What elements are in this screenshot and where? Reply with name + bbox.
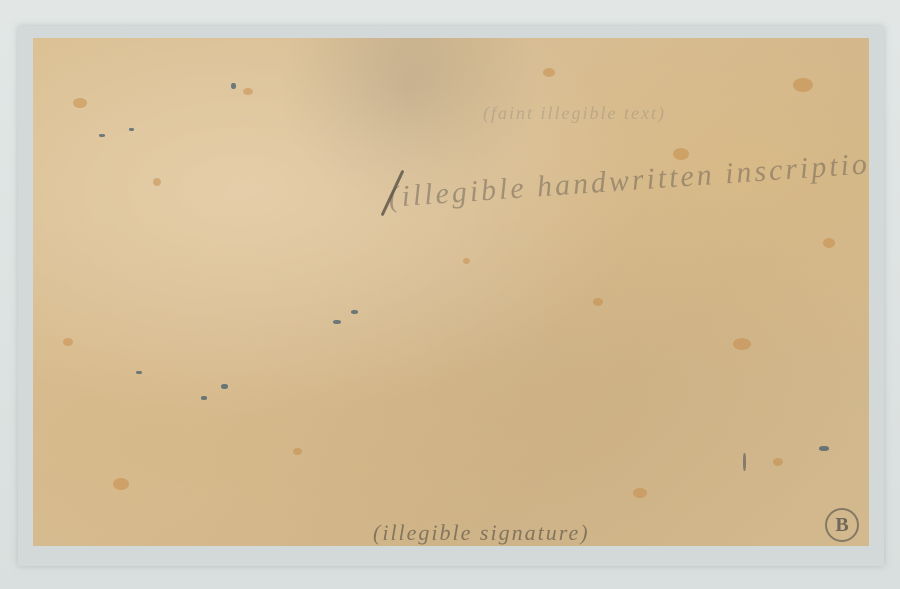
- foxing-spot: [293, 448, 302, 455]
- foxing-spot: [153, 178, 161, 186]
- foxing-spot: [733, 338, 751, 350]
- foxing-spot: [593, 298, 603, 306]
- blue-speck: [221, 384, 228, 389]
- foxing-spot: [773, 458, 783, 466]
- foxing-spot: [793, 78, 813, 92]
- foxing-spot: [243, 88, 253, 95]
- blue-speck: [136, 371, 142, 374]
- foxing-spot: [633, 488, 647, 498]
- handwritten-inscription: (illegible handwritten inscription): [387, 145, 869, 215]
- foxing-spot: [73, 98, 87, 108]
- foxing-spot: [673, 148, 689, 160]
- faint-inscription: (faint illegible text): [483, 103, 666, 124]
- blue-speck: [201, 396, 207, 400]
- blue-speck: [333, 320, 341, 324]
- foxing-spot: [113, 478, 129, 490]
- blue-speck: [129, 128, 134, 131]
- foxing-spot: [543, 68, 555, 77]
- blue-speck: [231, 83, 236, 89]
- handwritten-signature: (illegible signature): [373, 520, 590, 546]
- blue-speck: [819, 446, 829, 451]
- foxing-spot: [463, 258, 470, 264]
- foxing-spot: [823, 238, 835, 248]
- foxing-spot: [63, 338, 73, 346]
- blue-speck: [351, 310, 358, 314]
- collector-stamp: B: [825, 508, 859, 542]
- blue-speck: [99, 134, 105, 137]
- stamp-letter: B: [835, 514, 848, 537]
- blue-speck: [743, 453, 746, 471]
- aged-paper-sheet: (faint illegible text) (illegible handwr…: [33, 38, 869, 546]
